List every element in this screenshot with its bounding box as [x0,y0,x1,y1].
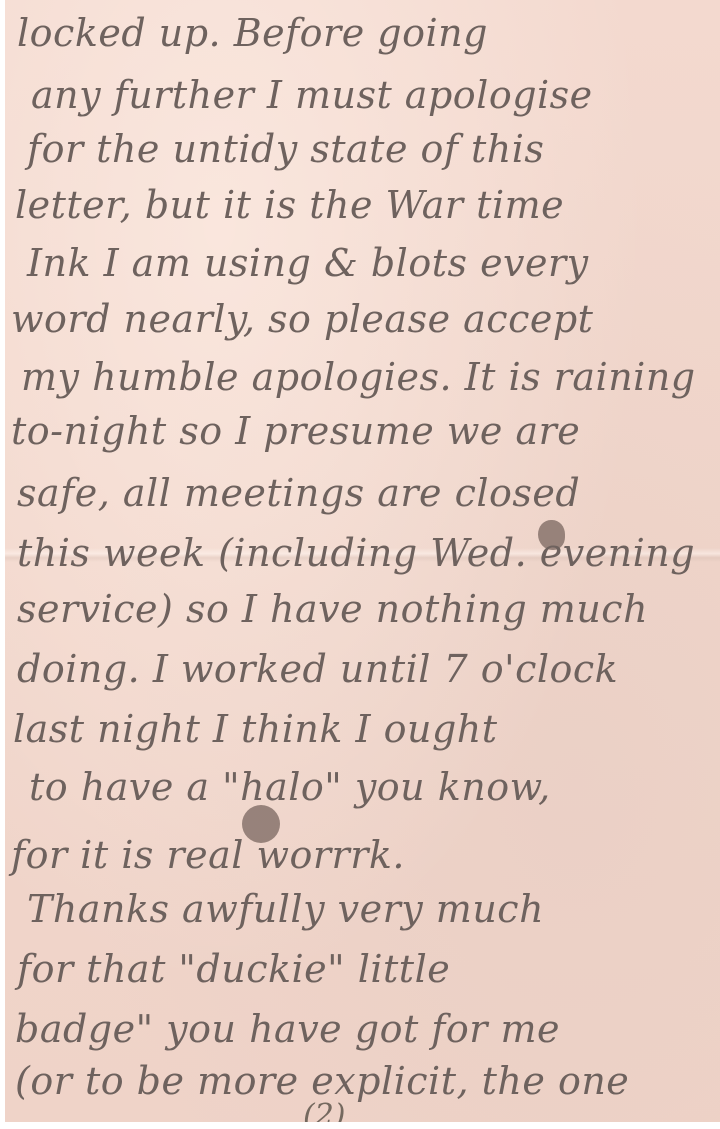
letter-line: safe, all meetings are closed [17,474,580,512]
letter-page: locked up. Before going any further I mu… [5,0,720,1122]
page-number: (2) [303,1098,346,1122]
letter-line: locked up. Before going [17,14,488,52]
letter-line: to-night so I presume we are [11,412,580,450]
letter-line: (or to be more explicit, the one [15,1062,629,1100]
letter-line: word nearly, so please accept [11,300,593,338]
letter-line: for that "duckie" little [17,950,450,988]
letter-line: Thanks awfully very much [27,890,544,928]
letter-line: for it is real worrrk. [11,836,405,874]
letter-line: last night I think I ought [13,710,498,748]
letter-line: my humble apologies. It is raining [21,358,696,396]
letter-line: for the untidy state of this [27,130,544,168]
letter-line: any further I must apologise [31,76,593,114]
letter-line: service) so I have nothing much [17,590,648,628]
letter-line: this week (including Wed. evening [17,534,695,572]
letter-line: to have a "halo" you know, [29,768,551,806]
letter-line: Ink I am using & blots every [27,244,589,282]
letter-body: locked up. Before going any further I mu… [5,0,720,1122]
letter-line: badge" you have got for me [15,1010,560,1048]
letter-line: letter, but it is the War time [15,186,564,224]
letter-line: doing. I worked until 7 o'clock [17,650,618,688]
